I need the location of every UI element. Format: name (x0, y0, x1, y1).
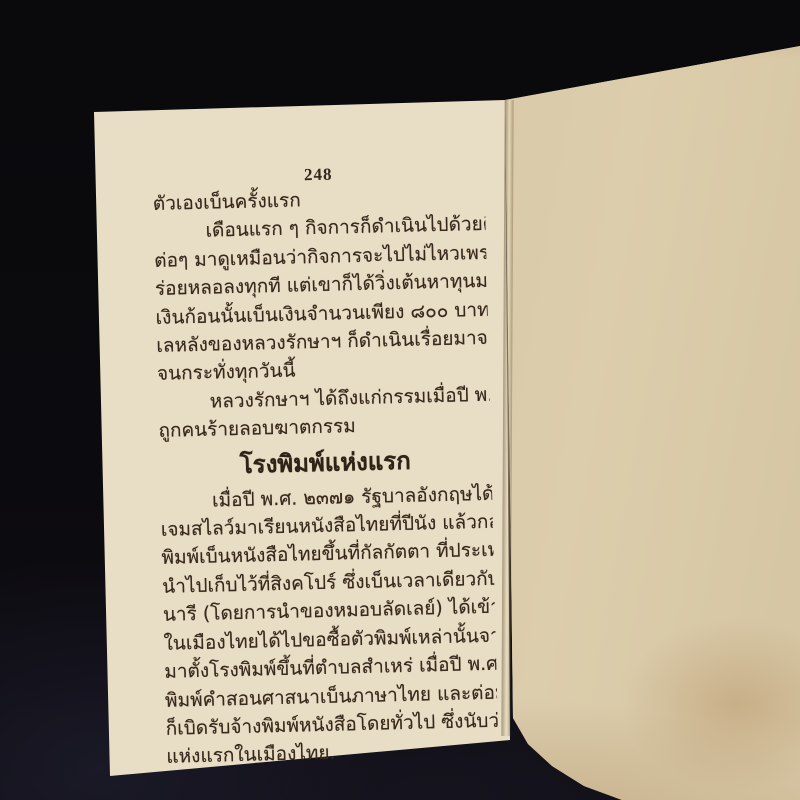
page-text-block: 248 ตัวเองเบ็นครั้งแรก เดือนแรก ๆ กิจการ… (152, 160, 499, 768)
book-gutter-fold (501, 100, 513, 736)
book-photo: 248 ตัวเองเบ็นครั้งแรก เดือนแรก ๆ กิจการ… (0, 0, 800, 800)
